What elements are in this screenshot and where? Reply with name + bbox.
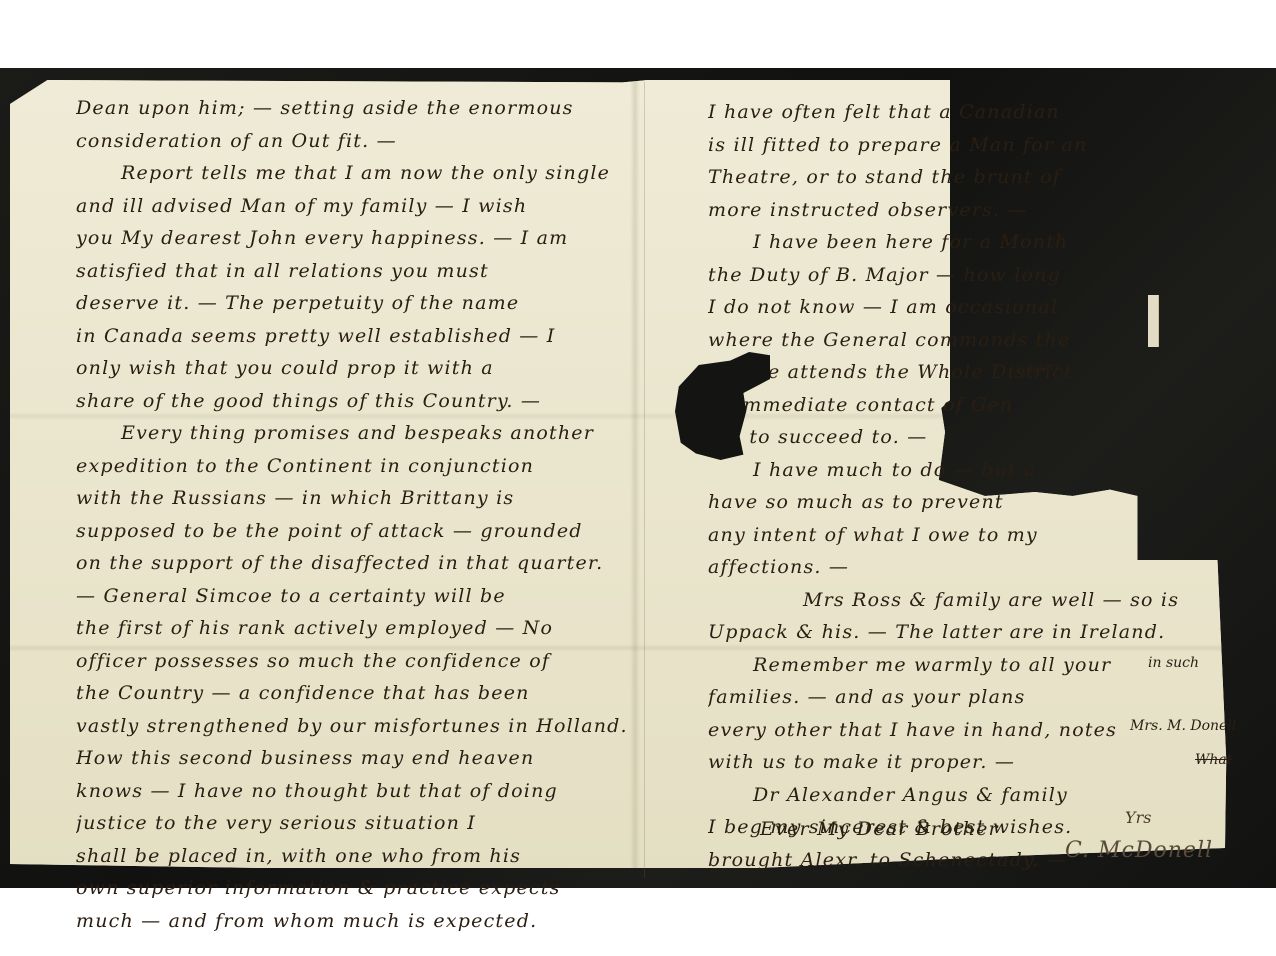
left-page: Dean upon him; — setting aside the enorm… bbox=[76, 92, 636, 937]
text-line: have so much as to prevent bbox=[708, 486, 1208, 519]
closing-line: Ever My Dear Brother bbox=[760, 818, 999, 840]
text-line: justice to the very serious situation I bbox=[76, 807, 636, 840]
text-line: and he attends the Whole District bbox=[708, 356, 1208, 389]
text-line: Remember me warmly to all your bbox=[708, 649, 1208, 682]
text-line: any intent of what I owe to my bbox=[708, 519, 1208, 552]
center-fold bbox=[644, 82, 645, 878]
text-line: the Country — a confidence that has been bbox=[76, 677, 636, 710]
text-line: ing to succeed to. — bbox=[708, 421, 1208, 454]
text-line: supposed to be the point of attack — gro… bbox=[76, 515, 636, 548]
text-line: in Canada seems pretty well established … bbox=[76, 320, 636, 353]
text-line: Theatre, or to stand the brunt of bbox=[708, 161, 1208, 194]
marginal-note: Mrs. M. Donell bbox=[1130, 718, 1236, 734]
text-line: own superior information & practice expe… bbox=[76, 872, 636, 905]
text-line: Dean upon him; — setting aside the enorm… bbox=[76, 92, 636, 125]
text-line: shall be placed in, with one who from hi… bbox=[76, 840, 636, 873]
text-line: I have often felt that a Canadian bbox=[708, 96, 1208, 129]
text-line: I do not know — I am occasional bbox=[708, 291, 1208, 324]
text-line: and ill advised Man of my family — I wis… bbox=[76, 190, 636, 223]
text-line: officer possesses so much the confidence… bbox=[76, 645, 636, 678]
text-line: — General Simcoe to a certainty will be bbox=[76, 580, 636, 613]
signature: C. McDonell bbox=[1065, 838, 1213, 863]
text-line: on the support of the disaffected in tha… bbox=[76, 547, 636, 580]
right-page: I have often felt that a Canadian is ill… bbox=[708, 96, 1208, 876]
text-line: I have been here for a Month bbox=[708, 226, 1208, 259]
text-line: expedition to the Continent in conjuncti… bbox=[76, 450, 636, 483]
text-line: share of the good things of this Country… bbox=[76, 385, 636, 418]
text-line: affections. — bbox=[708, 551, 1208, 584]
text-line: the Duty of B. Major — how long bbox=[708, 259, 1208, 292]
text-line: consideration of an Out fit. — bbox=[76, 125, 636, 158]
text-line: with the Russians — in which Brittany is bbox=[76, 482, 636, 515]
text-line: Dr Alexander Angus & family bbox=[708, 779, 1208, 812]
text-line: with us to make it proper. — bbox=[708, 746, 1208, 779]
text-line: vastly strengthened by our misfortunes i… bbox=[76, 710, 636, 743]
text-line: is ill fitted to prepare a Man for an bbox=[708, 129, 1208, 162]
text-line: Mrs Ross & family are well — so is bbox=[708, 584, 1208, 617]
text-line: knows — I have no thought but that of do… bbox=[76, 775, 636, 808]
text-line: you My dearest John every happiness. — I… bbox=[76, 222, 636, 255]
text-line: more instructed observers. — bbox=[708, 194, 1208, 227]
text-line: Report tells me that I am now the only s… bbox=[76, 157, 636, 190]
text-line: the first of his rank actively employed … bbox=[76, 612, 636, 645]
text-line: in immediate contact of Gen bbox=[708, 389, 1208, 422]
text-line: I have much to do — but a bbox=[708, 454, 1208, 487]
text-line: Every thing promises and bespeaks anothe… bbox=[76, 417, 636, 450]
text-line: Uppack & his. — The latter are in Irelan… bbox=[708, 616, 1208, 649]
text-line: families. — and as your plans bbox=[708, 681, 1208, 714]
text-line: only wish that you could prop it with a bbox=[76, 352, 636, 385]
interlinear-insertion: in such bbox=[1148, 655, 1199, 671]
struck-word: What bbox=[1195, 752, 1232, 768]
text-line: satisfied that in all relations you must bbox=[76, 255, 636, 288]
text-line: How this second business may end heaven bbox=[76, 742, 636, 775]
text-line: deserve it. — The perpetuity of the name bbox=[76, 287, 636, 320]
closing-yrs: Yrs bbox=[1125, 808, 1151, 827]
text-line: where the General commands the bbox=[708, 324, 1208, 357]
text-line: much — and from whom much is expected. bbox=[76, 905, 636, 938]
